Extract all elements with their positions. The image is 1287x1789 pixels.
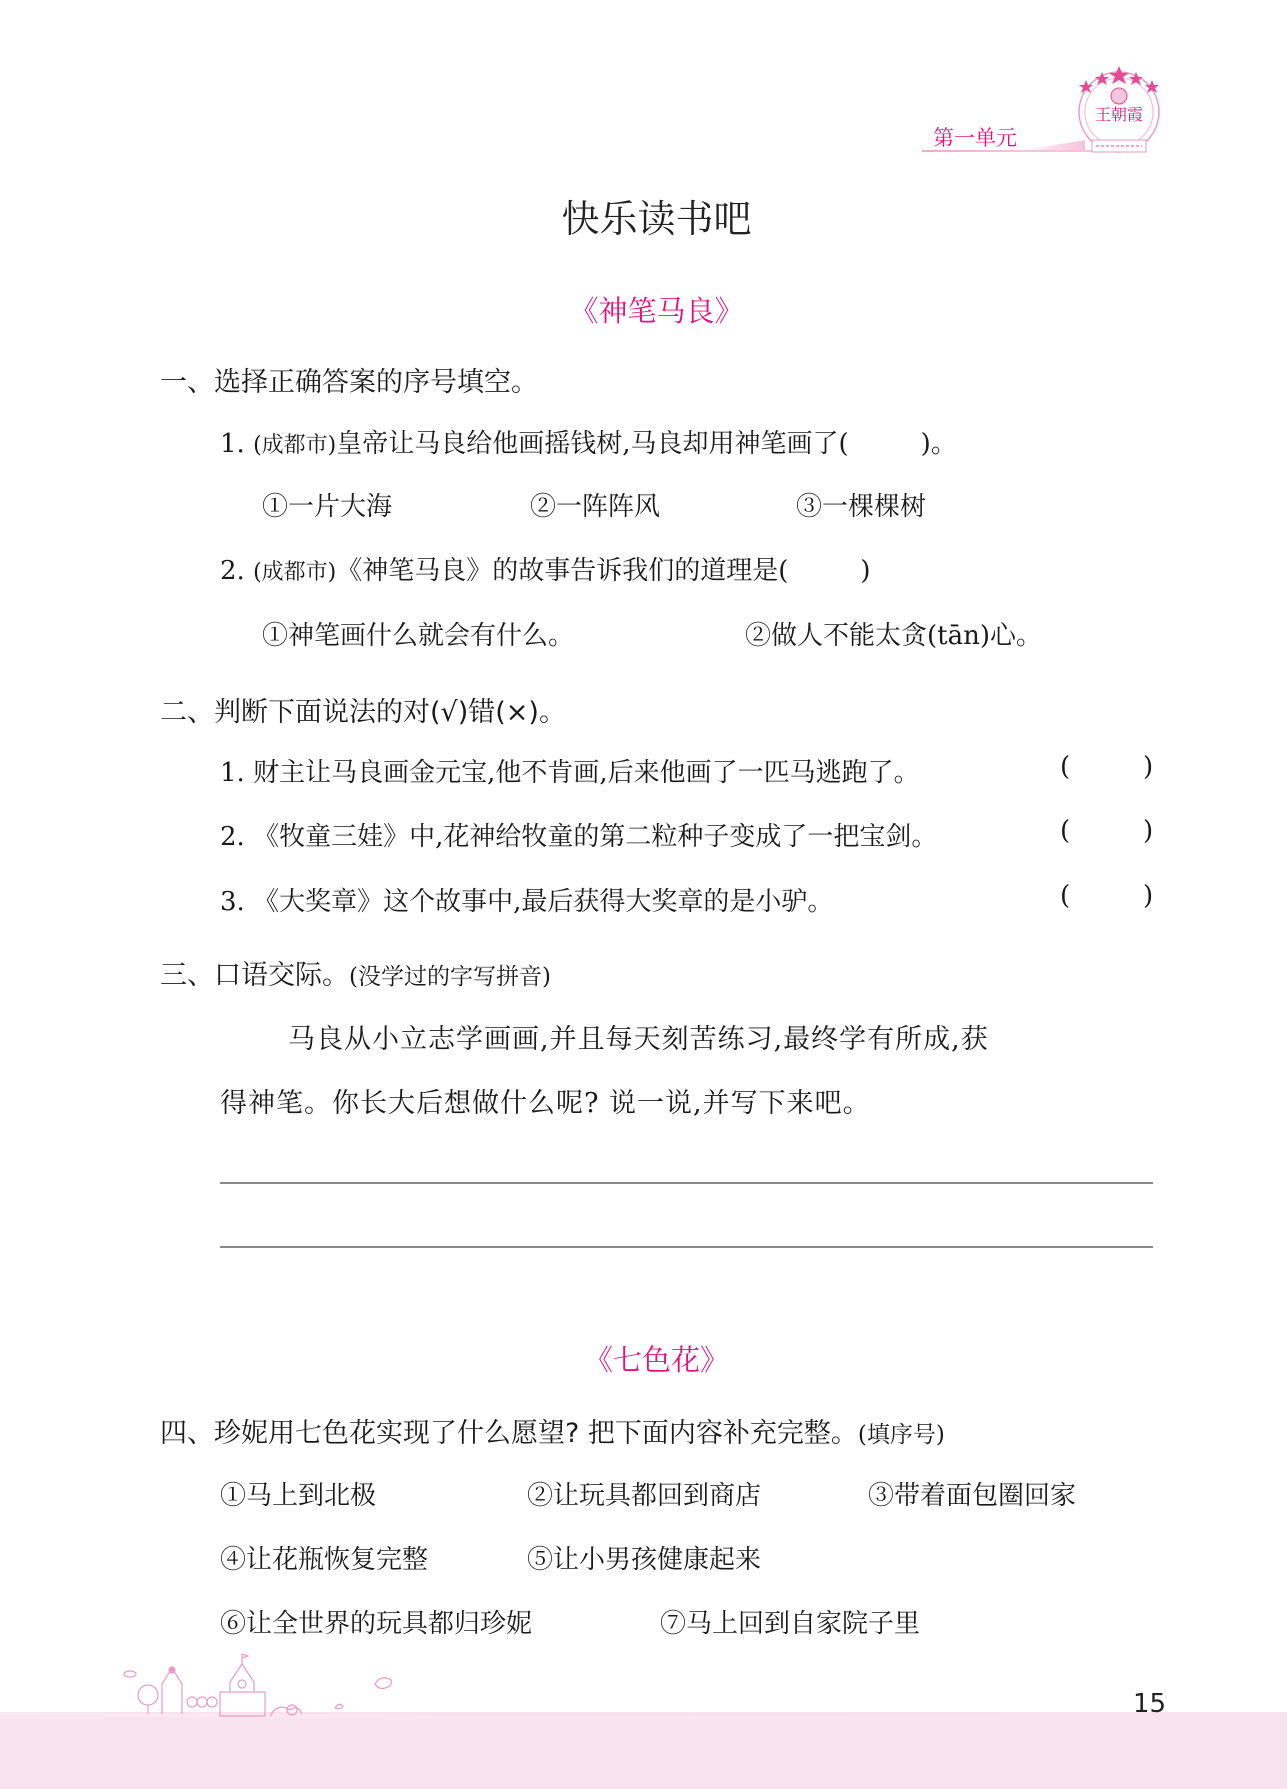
item-blank-close: )	[860, 556, 870, 586]
item-blank-close: )。	[921, 429, 957, 459]
wish-option-1: ①马上到北极	[220, 1475, 376, 1512]
item-text: 《大奖章》这个故事中,最后获得大奖章的是小驴。	[253, 887, 833, 917]
true-false-item-3: 3. 《大奖章》这个故事中,最后获得大奖章的是小驴。	[220, 881, 833, 918]
item-number: 1.	[220, 758, 245, 788]
answer-blank[interactable]	[1075, 816, 1140, 848]
item-number: 2.	[220, 822, 245, 852]
answer-paren-close: )	[1143, 881, 1153, 911]
answer-paren-close: )	[1143, 752, 1153, 782]
item-text: 《牧童三娃》中,花神给牧童的第二粒种子变成了一把宝剑。	[253, 822, 937, 852]
wish-option-6: ⑥让全世界的玩具都归珍妮	[220, 1603, 532, 1640]
true-false-item-2: 2. 《牧童三娃》中,花神给牧童的第二粒种子变成了一把宝剑。	[220, 816, 937, 853]
question-item-1-1: 1. (成都市)皇帝让马良给他画摇钱树,马良却用神笔画了()。	[220, 423, 957, 460]
answer-writing-line-2[interactable]	[220, 1246, 1153, 1248]
answer-writing-line-1[interactable]	[220, 1182, 1153, 1184]
answer-blank[interactable]	[1075, 881, 1140, 913]
wish-option-7: ⑦马上回到自家院子里	[660, 1603, 920, 1640]
section-title-qisehua: 《七色花》	[0, 1338, 1287, 1379]
footer-band	[0, 1712, 1287, 1789]
heading-text: 三、口语交际。	[160, 960, 349, 991]
option-3: ③一棵棵树	[796, 486, 926, 523]
town-illustration-icon	[120, 1650, 450, 1720]
option-2: ②做人不能太贪(tān)心。	[745, 615, 1042, 652]
bird-icon	[372, 1670, 397, 1695]
heading-text: 四、珍妮用七色花实现了什么愿望? 把下面内容补充完整。	[160, 1418, 858, 1449]
item-text: 皇帝让马良给他画摇钱树,马良却用神笔画了(	[336, 429, 848, 459]
wish-option-2: ②让玩具都回到商店	[527, 1475, 761, 1512]
question-heading-3: 三、口语交际。(没学过的字写拼音)	[160, 953, 551, 992]
heading-note: (填序号)	[858, 1422, 945, 1448]
item-text: 《神笔马良》的故事告诉我们的道理是(	[336, 556, 788, 586]
option-1: ①一片大海	[262, 486, 392, 523]
prompt-paragraph-line-1: 马良从小立志学画画,并且每天刻苦练习,最终学有所成,获	[288, 1017, 989, 1056]
wish-option-3: ③带着面包圈回家	[868, 1475, 1076, 1512]
item-number: 1.	[220, 429, 245, 459]
heading-note: (没学过的字写拼音)	[349, 964, 551, 990]
question-item-1-2: 2. (成都市)《神笔马良》的故事告诉我们的道理是()	[220, 550, 871, 587]
true-false-item-1: 1. 财主让马良画金元宝,他不肯画,后来他画了一匹马逃跑了。	[220, 752, 920, 789]
brand-seal-icon: 王朝霞	[1072, 62, 1167, 158]
option-2: ②一阵阵风	[530, 486, 660, 523]
prompt-paragraph-line-2: 得神笔。你长大后想做什么呢? 说一说,并写下来吧。	[220, 1081, 871, 1120]
item-text: 财主让马良画金元宝,他不肯画,后来他画了一匹马逃跑了。	[253, 758, 920, 788]
page-number: 15	[1133, 1689, 1166, 1719]
page-title: 快乐读书吧	[0, 188, 1287, 243]
item-number: 2.	[220, 556, 245, 586]
question-heading-4: 四、珍妮用七色花实现了什么愿望? 把下面内容补充完整。(填序号)	[160, 1411, 945, 1450]
answer-paren-open: (	[1060, 881, 1070, 911]
answer-paren-open: (	[1060, 816, 1070, 846]
unit-label: 第一单元	[933, 122, 1017, 152]
section-title-shenbi-maliang: 《神笔马良》	[0, 289, 1287, 330]
item-source: (成都市)	[253, 560, 336, 585]
item-number: 3.	[220, 887, 245, 917]
unit-underline-divider	[922, 150, 1092, 152]
question-heading-1: 一、选择正确答案的序号填空。	[160, 360, 538, 399]
wish-option-5: ⑤让小男孩健康起来	[527, 1539, 761, 1576]
item-source: (成都市)	[253, 433, 336, 458]
answer-paren-close: )	[1143, 816, 1153, 846]
answer-paren-open: (	[1060, 752, 1070, 782]
badge-name: 王朝霞	[1095, 105, 1143, 124]
wish-option-4: ④让花瓶恢复完整	[220, 1539, 428, 1576]
answer-blank[interactable]	[1075, 752, 1140, 784]
question-heading-2: 二、判断下面说法的对(√)错(×)。	[160, 690, 566, 729]
option-1: ①神笔画什么就会有什么。	[262, 615, 574, 652]
